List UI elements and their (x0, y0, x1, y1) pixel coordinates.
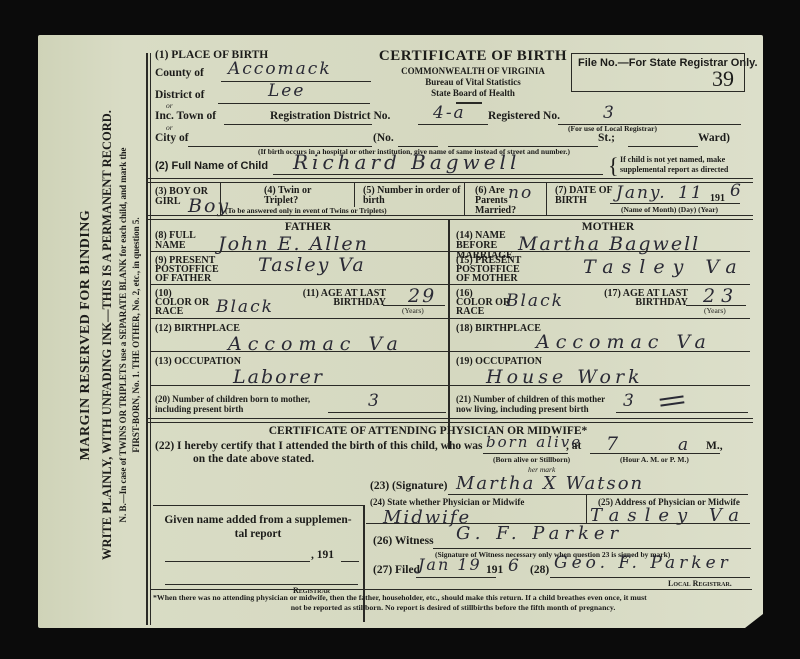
dob-month: Jany. (616, 183, 667, 203)
registration-district-line (418, 124, 488, 125)
mother-heading: MOTHER (558, 221, 658, 233)
registration-district-label: Registration District No. (270, 110, 390, 122)
margin-twins-note: N. B.—In case of TWINS OR TRIPLETS use a… (118, 65, 128, 605)
m-label: M., (706, 440, 723, 452)
county-label: County of (155, 67, 204, 79)
registered-no-label: Registered No. (488, 110, 560, 122)
born-note: (Born alive or Stillborn) (493, 455, 570, 464)
physician-type-label: (24) State whether Physician or Midwife (370, 497, 524, 507)
dob-year-prefix: 191 (710, 193, 725, 204)
local-registrar-label: Local Registrar. (668, 579, 732, 588)
father-race-label: (10) COLOR OR RACE (155, 289, 210, 316)
father-age-label: (11) AGE AT LAST BIRTHDAY (296, 289, 386, 307)
child-name-value: Richard Bagwell (293, 150, 520, 174)
sex-value: Boy (188, 195, 230, 217)
or-2: or (166, 123, 173, 132)
street-no-label: (No. (373, 132, 394, 144)
footnote-rule (150, 589, 752, 590)
ward-line (628, 146, 698, 147)
filed-line (416, 577, 496, 578)
children-born-line (328, 412, 446, 413)
father-race-value: Black (216, 297, 274, 317)
dob-day: 11 (678, 183, 704, 203)
registrar-line (550, 577, 750, 578)
footnote-line2: not be reported as stillborn. No report … (153, 603, 753, 612)
type-address-divider (586, 495, 587, 523)
margin-divider (146, 53, 151, 625)
registrar-value: Geo. F. Parker (554, 553, 732, 573)
twin-note: (To be answered only in event of Twins o… (225, 206, 387, 215)
supplemental-name-line (165, 561, 310, 562)
mother-age-value: 23 (703, 285, 739, 307)
supplemental-line1: Given name added from a supplemen- (153, 514, 363, 526)
state-registrar-box: File No.—For State Registrar Only. 39 (571, 53, 745, 92)
margin-write-plainly: WRITE PLAINLY, WITH UNFADING INK—THIS IS… (100, 65, 115, 605)
mother-birthplace-value: Accomac Va (536, 331, 712, 353)
struck-out-value (660, 395, 685, 406)
certificate-title: CERTIFICATE OF BIRTH (378, 48, 568, 65)
col-divider (464, 183, 465, 215)
ampm-value: a (678, 435, 690, 455)
filed-year-prefix: 191 (486, 564, 503, 576)
row-rule (450, 385, 750, 386)
row-rule (450, 251, 750, 252)
dob-note: (Name of Month) (Day) (Year) (621, 205, 718, 214)
section-rule-2 (148, 215, 753, 220)
district-label: District of (155, 89, 205, 101)
row-rule (150, 351, 448, 352)
registration-district-value: 4-a (433, 103, 466, 123)
bureau-subtitle: Bureau of Vital Statistics (378, 77, 568, 87)
birth-certificate-document: MARGIN RESERVED FOR BINDING WRITE PLAINL… (38, 35, 763, 628)
mother-birthplace-label: (18) BIRTHPLACE (456, 323, 541, 334)
child-name-line (273, 174, 603, 175)
row-rule (450, 351, 750, 352)
district-line (218, 103, 370, 104)
parents-divider (448, 219, 450, 449)
children-born-label: (20) Number of children born to mother, … (155, 394, 315, 414)
row-rule (150, 251, 448, 252)
father-age-value: 29 (408, 285, 436, 307)
witness-label: (26) Witness (373, 535, 434, 547)
district-value: Lee (268, 81, 305, 101)
mother-age-label: (17) AGE AT LAST BIRTHDAY (598, 289, 688, 307)
mother-race-value: Black (506, 291, 564, 311)
mother-race-label: (16) COLOR OR RACE (456, 289, 511, 316)
mother-po-label: (15) PRESENT POSTOFFICE OF MOTHER (456, 256, 531, 283)
mother-po-value: Tasley Va (583, 256, 745, 278)
signature-label: (23) (Signature) (370, 480, 447, 492)
or-1: or (166, 101, 173, 110)
row-rule (450, 318, 750, 319)
name-note-1: If child is not yet named, make (620, 155, 725, 164)
town-line (224, 124, 372, 125)
father-occupation-label: (13) OCCUPATION (155, 356, 241, 367)
row-rule (150, 318, 448, 319)
county-value: Accomack (228, 59, 332, 79)
father-po-label: (9) PRESENT POSTOFFICE OF FATHER (155, 256, 225, 283)
order-label: (5) Number in order of birth (363, 186, 473, 206)
margin-firstborn-note: FIRST-BORN, No. 1. THE OTHER, No. 2, etc… (131, 65, 141, 605)
children-born-value: 3 (368, 391, 381, 411)
father-heading: FATHER (258, 221, 358, 233)
name-note-2: supplemental report as directed (620, 165, 728, 174)
married-value: no (508, 183, 533, 203)
supplemental-line2: tal report (153, 528, 363, 540)
board-subtitle: State Board of Health (378, 88, 568, 98)
section-rule-3 (148, 418, 753, 423)
certify-line2: on the date above stated. (193, 453, 314, 465)
row-rule (150, 385, 448, 386)
twin-label: (4) Twin or Triplet? (264, 186, 344, 206)
row-rule (150, 284, 448, 285)
at-label: , at (566, 440, 581, 452)
supplemental-year: , 191 (311, 549, 334, 561)
signature-mark: her mark (528, 465, 555, 474)
col-divider (220, 183, 221, 215)
mother-years: (Years) (704, 306, 726, 315)
commonwealth-subtitle: COMMONWEALTH OF VIRGINIA (378, 66, 568, 76)
signature-line (448, 494, 748, 495)
name-note-brace: { (608, 153, 619, 179)
col-divider (354, 183, 355, 207)
born-alive-line (483, 453, 568, 454)
street-label: St.; (598, 132, 615, 144)
children-living-label: (21) Number of children of this mother n… (456, 394, 616, 414)
filed-label: (27) Filed (373, 564, 420, 576)
witness-value: G. F. Parker (456, 523, 623, 544)
children-living-line (616, 412, 748, 413)
hour-note: (Hour A. M. or P. M.) (620, 455, 689, 464)
supplemental-year-line (341, 561, 359, 562)
town-label: Inc. Town of (155, 110, 216, 122)
margin-binding-heading: MARGIN RESERVED FOR BINDING (78, 65, 94, 605)
registrar-label: (28) (530, 564, 549, 576)
binding-margin: MARGIN RESERVED FOR BINDING WRITE PLAINL… (38, 35, 146, 628)
footnote-line1: *When there was no attending physician o… (153, 593, 647, 602)
filed-year-suffix: 6 (508, 556, 521, 576)
dob-year-suffix: 6 (730, 181, 743, 201)
col-divider (546, 183, 547, 215)
father-po-value: Tasley Va (258, 254, 366, 276)
ward-label: Ward) (698, 132, 730, 144)
witness-line (433, 548, 751, 549)
registered-no-value: 3 (603, 103, 616, 123)
city-label: City of (155, 132, 189, 144)
hour-value: 7 (606, 433, 620, 455)
filed-value: Jan 19 (418, 555, 482, 574)
child-name-label: (2) Full Name of Child (155, 160, 268, 172)
father-years: (Years) (402, 306, 424, 315)
dob-label: (7) DATE OF BIRTH (555, 186, 615, 206)
father-name-label: (8) FULL NAME (155, 231, 205, 251)
file-no-value: 39 (712, 66, 734, 92)
children-living-value: 3 (623, 391, 636, 411)
signature-value: Martha X Watson (456, 473, 644, 494)
supplemental-registrar-line (165, 584, 358, 585)
certify-text: (22) I hereby certify that I attended th… (155, 440, 483, 452)
